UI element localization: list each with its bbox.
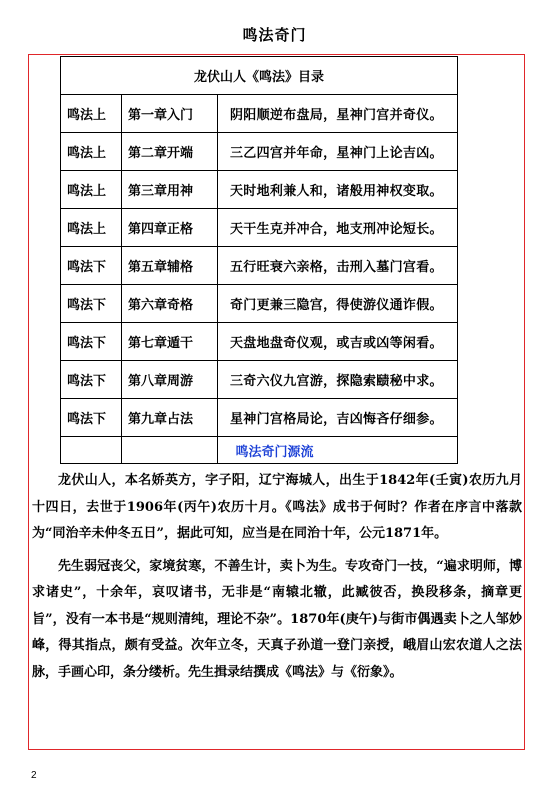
volume-cell: 鸣法上: [61, 133, 122, 171]
chapter-cell: 第七章遁干: [122, 323, 218, 361]
section-body: 龙伏山人，本名娇英方，字子阳，辽宁海城人，出生于1842年(壬寅)农历九月十四日…: [32, 468, 522, 692]
summary-cell: 天盘地盘奇仪观，或吉或凶等闲看。: [218, 323, 458, 361]
chapter-cell: 第六章奇格: [122, 285, 218, 323]
paragraph: 龙伏山人，本名娇英方，字子阳，辽宁海城人，出生于1842年(壬寅)农历九月十四日…: [32, 468, 522, 548]
volume-cell: 鸣法下: [61, 247, 122, 285]
volume-cell: 鸣法下: [61, 361, 122, 399]
volume-cell: 鸣法上: [61, 209, 122, 247]
chapter-cell: 第一章入门: [122, 95, 218, 133]
summary-cell: 天时地利兼人和，诸般用神权变取。: [218, 171, 458, 209]
volume-cell: 鸣法下: [61, 285, 122, 323]
volume-cell: 鸣法下: [61, 399, 122, 437]
table-row: 鸣法上 第三章用神 天时地利兼人和，诸般用神权变取。: [61, 171, 458, 209]
table-row: 鸣法上 第一章入门 阴阳顺逆布盘局，星神门宫并奇仪。: [61, 95, 458, 133]
chapter-cell: 第八章周游: [122, 361, 218, 399]
table-row: 鸣法上 第四章正格 天干生克并冲合，地支刑冲论短长。: [61, 209, 458, 247]
chapter-cell: 第九章占法: [122, 399, 218, 437]
toc-table: 龙伏山人《鸣法》目录 鸣法上 第一章入门 阴阳顺逆布盘局，星神门宫并奇仪。 鸣法…: [60, 56, 458, 464]
summary-cell: 阴阳顺逆布盘局，星神门宫并奇仪。: [218, 95, 458, 133]
section-title: 鸣法奇门源流: [0, 441, 549, 460]
summary-cell: 三乙四宫并年命，星神门上论吉凶。: [218, 133, 458, 171]
summary-cell: 五行旺衰六亲格，击刑入墓门宫看。: [218, 247, 458, 285]
chapter-cell: 第五章辅格: [122, 247, 218, 285]
table-row: 鸣法下 第五章辅格 五行旺衰六亲格，击刑入墓门宫看。: [61, 247, 458, 285]
toc-header-row: 龙伏山人《鸣法》目录: [61, 57, 458, 95]
summary-cell: 三奇六仪九宫游，探隐索赜秘中求。: [218, 361, 458, 399]
table-row: 鸣法下 第九章占法 星神门宫格局论，吉凶悔吝仔细参。: [61, 399, 458, 437]
chapter-cell: 第四章正格: [122, 209, 218, 247]
page-number: 2: [31, 770, 37, 781]
toc-header: 龙伏山人《鸣法》目录: [61, 57, 458, 95]
volume-cell: 鸣法上: [61, 171, 122, 209]
table-row: 鸣法下 第七章遁干 天盘地盘奇仪观，或吉或凶等闲看。: [61, 323, 458, 361]
page-title: 鸣法奇门: [0, 24, 549, 45]
summary-cell: 天干生克并冲合，地支刑冲论短长。: [218, 209, 458, 247]
summary-cell: 奇门更兼三隐宫，得使游仪通诈假。: [218, 285, 458, 323]
table-row: 鸣法下 第八章周游 三奇六仪九宫游，探隐索赜秘中求。: [61, 361, 458, 399]
chapter-cell: 第二章开端: [122, 133, 218, 171]
summary-cell: 星神门宫格局论，吉凶悔吝仔细参。: [218, 399, 458, 437]
chapter-cell: 第三章用神: [122, 171, 218, 209]
volume-cell: 鸣法上: [61, 95, 122, 133]
table-row: 鸣法上 第二章开端 三乙四宫并年命，星神门上论吉凶。: [61, 133, 458, 171]
volume-cell: 鸣法下: [61, 323, 122, 361]
table-row: 鸣法下 第六章奇格 奇门更兼三隐宫，得使游仪通诈假。: [61, 285, 458, 323]
paragraph: 先生弱冠丧父，家境贫寒，不善生计，卖卜为生。专攻奇门一技，“遍求明师，博求诸史”…: [32, 554, 522, 687]
